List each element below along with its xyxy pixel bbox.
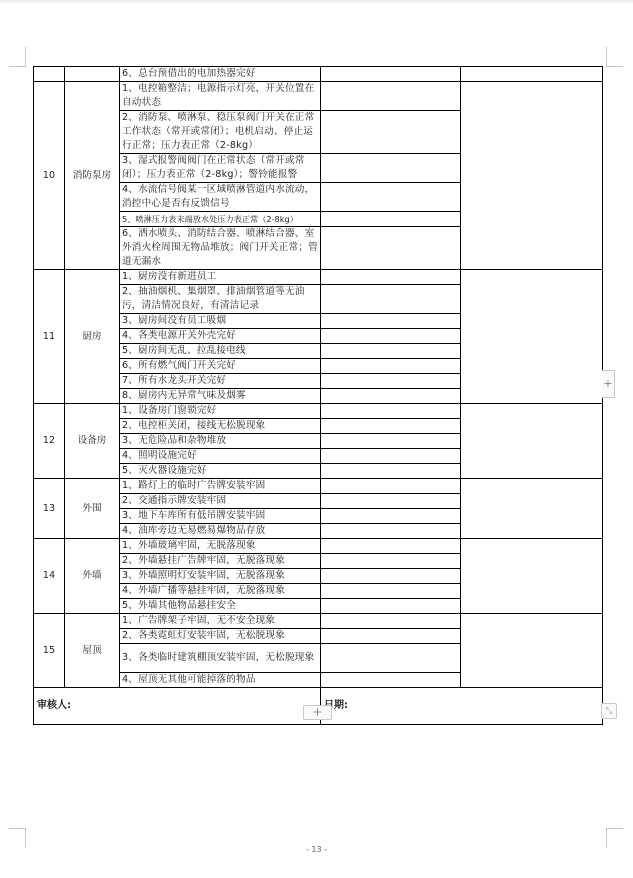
- check-item[interactable]: 3、各类临时建筑棚顶安装牢固，无松脱现象: [120, 644, 321, 673]
- status-cell[interactable]: [321, 449, 461, 464]
- section-area[interactable]: 厨房: [65, 270, 120, 404]
- check-item[interactable]: 3、湿式报警阀阀门在正常状态（常开或常闭）；压力表正常（2-8kg）；警铃能报警: [120, 154, 321, 183]
- status-cell[interactable]: [321, 614, 461, 629]
- section-area[interactable]: 外围: [65, 479, 120, 539]
- check-item[interactable]: 1、广告牌架子牢固，无不安全现象: [120, 614, 321, 629]
- remarks-cell[interactable]: [461, 404, 603, 479]
- check-item[interactable]: 1、外墙玻璃牢固，无脱落现象: [120, 539, 321, 554]
- section-number[interactable]: 15: [34, 614, 65, 688]
- check-item[interactable]: 1、路灯上的临时广告牌安装牢固: [120, 479, 321, 494]
- status-cell[interactable]: [321, 419, 461, 434]
- remarks-cell[interactable]: [461, 82, 603, 270]
- reviewer-label[interactable]: 审核人:: [34, 688, 321, 725]
- status-cell[interactable]: [321, 359, 461, 374]
- section-number[interactable]: 14: [34, 539, 65, 614]
- status-cell[interactable]: [321, 479, 461, 494]
- status-cell[interactable]: [321, 629, 461, 644]
- margin-mark-top-left: [9, 47, 26, 67]
- section-number[interactable]: 13: [34, 479, 65, 539]
- section-area[interactable]: 消防泵房: [65, 82, 120, 270]
- table-row: 14外墙1、外墙玻璃牢固，无脱落现象: [34, 539, 603, 554]
- table-row: 6、总台预借出的电加热器完好: [34, 67, 603, 82]
- status-cell[interactable]: [321, 569, 461, 584]
- status-cell[interactable]: [321, 111, 461, 154]
- status-cell[interactable]: [321, 509, 461, 524]
- remarks-cell[interactable]: [461, 67, 603, 82]
- status-cell[interactable]: [321, 524, 461, 539]
- section-number[interactable]: 10: [34, 82, 65, 270]
- inspection-table: 6、总台预借出的电加热器完好 10消防泵房1、电控箱整洁；电源指示灯亮，开关位置…: [33, 66, 603, 725]
- remarks-cell[interactable]: [461, 614, 603, 688]
- section-number[interactable]: 11: [34, 270, 65, 404]
- remarks-cell[interactable]: [461, 539, 603, 614]
- status-cell[interactable]: [321, 329, 461, 344]
- check-item[interactable]: 2、外墙悬挂广告牌牢固，无脱落现象: [120, 554, 321, 569]
- status-cell[interactable]: [321, 404, 461, 419]
- check-item[interactable]: 4、油库旁边无易燃易爆物品存放: [120, 524, 321, 539]
- status-cell[interactable]: [321, 212, 461, 227]
- check-item[interactable]: 4、屋顶无其他可能掉落的物品: [120, 673, 321, 688]
- status-cell[interactable]: [321, 599, 461, 614]
- area-cell[interactable]: [65, 67, 120, 82]
- page-number: - 13 -: [0, 845, 633, 854]
- check-item[interactable]: 4、外墙广播等悬挂牢固，无脱落现象: [120, 584, 321, 599]
- status-cell[interactable]: [321, 344, 461, 359]
- table-row: 15屋顶1、广告牌架子牢固，无不安全现象: [34, 614, 603, 629]
- status-cell[interactable]: [321, 434, 461, 449]
- check-item[interactable]: 5、外墙其他物品悬挂安全: [120, 599, 321, 614]
- check-item[interactable]: 3、外墙照明灯安装牢固，无脱落现象: [120, 569, 321, 584]
- check-item[interactable]: 5、厨房间无乱、拉乱接电线: [120, 344, 321, 359]
- status-cell[interactable]: [321, 494, 461, 509]
- check-item[interactable]: 4、照明设施完好: [120, 449, 321, 464]
- window-top-shadow: [0, 0, 633, 4]
- table-row: 13外围1、路灯上的临时广告牌安装牢固: [34, 479, 603, 494]
- status-cell[interactable]: [321, 464, 461, 479]
- status-cell[interactable]: [321, 644, 461, 673]
- table-resize-handle[interactable]: ⤡: [601, 703, 617, 719]
- number-cell[interactable]: [34, 67, 65, 82]
- margin-mark-top-right: [606, 47, 623, 67]
- section-area[interactable]: 屋顶: [65, 614, 120, 688]
- status-cell[interactable]: [321, 82, 461, 111]
- remarks-cell[interactable]: [461, 270, 603, 404]
- status-cell[interactable]: [321, 285, 461, 314]
- check-item[interactable]: 2、抽油烟机、集烟罩、排油烟管道等无油污，清洁情况良好，有清洁记录: [120, 285, 321, 314]
- date-label[interactable]: 日期:: [321, 688, 603, 725]
- item-cell[interactable]: 6、总台预借出的电加热器完好: [120, 67, 321, 82]
- status-cell[interactable]: [321, 554, 461, 569]
- status-cell[interactable]: [321, 374, 461, 389]
- table-row: 11厨房1、厨房没有新进员工: [34, 270, 603, 285]
- section-area[interactable]: 设备房: [65, 404, 120, 479]
- check-item[interactable]: 7、所有水龙头开关完好: [120, 374, 321, 389]
- check-item[interactable]: 3、无危险品和杂物堆放: [120, 434, 321, 449]
- check-item[interactable]: 2、消防泵、喷淋泵、稳压泵阀门开关在正常工作状态（常开或常闭）；电机启动、停止运…: [120, 111, 321, 154]
- remarks-cell[interactable]: [461, 479, 603, 539]
- status-cell[interactable]: [321, 389, 461, 404]
- check-item[interactable]: 5、喷淋压力表末端放水处压力表正常（2-8kg）: [120, 212, 321, 227]
- status-cell[interactable]: [321, 227, 461, 270]
- check-item[interactable]: 1、设备房门窗锁完好: [120, 404, 321, 419]
- check-item[interactable]: 6、所有燃气阀门开关完好: [120, 359, 321, 374]
- check-item[interactable]: 2、交通指示牌安装牢固: [120, 494, 321, 509]
- status-cell[interactable]: [321, 314, 461, 329]
- check-item[interactable]: 8、厨房内无异常气味及烟雾: [120, 389, 321, 404]
- check-item[interactable]: 1、厨房没有新进员工: [120, 270, 321, 285]
- status-cell[interactable]: [321, 154, 461, 183]
- check-item[interactable]: 2、电控柜关闭，接线无松脱现象: [120, 419, 321, 434]
- add-row-button[interactable]: +: [303, 705, 332, 720]
- check-item[interactable]: 1、电控箱整洁；电源指示灯亮，开关位置在自动状态: [120, 82, 321, 111]
- section-number[interactable]: 12: [34, 404, 65, 479]
- status-cell[interactable]: [321, 673, 461, 688]
- check-item[interactable]: 3、地下车库所有低吊牌安装牢固: [120, 509, 321, 524]
- check-item[interactable]: 6、洒水喷头、消防结合器、喷淋结合器、室外消火栓周围无物品堆放；阀门开关正常；管…: [120, 227, 321, 270]
- section-area[interactable]: 外墙: [65, 539, 120, 614]
- status-cell[interactable]: [321, 270, 461, 285]
- status-cell[interactable]: [321, 584, 461, 599]
- check-item[interactable]: 2、各类霓虹灯安装牢固，无松脱现象: [120, 629, 321, 644]
- status-cell[interactable]: [321, 183, 461, 212]
- check-item[interactable]: 4、各类电源开关外壳完好: [120, 329, 321, 344]
- status-cell[interactable]: [321, 539, 461, 554]
- table-row: 12设备房1、设备房门窗锁完好: [34, 404, 603, 419]
- check-item[interactable]: 3、厨房间没有员工吸烟: [120, 314, 321, 329]
- add-column-button[interactable]: +: [602, 370, 615, 398]
- table-row: 10消防泵房1、电控箱整洁；电源指示灯亮，开关位置在自动状态: [34, 82, 603, 111]
- status-cell[interactable]: [321, 67, 461, 82]
- check-item[interactable]: 4、水流信号阀某一区域喷淋管道内水流动，消控中心是否有反馈信号: [120, 183, 321, 212]
- check-item[interactable]: 5、灭火器设施完好: [120, 464, 321, 479]
